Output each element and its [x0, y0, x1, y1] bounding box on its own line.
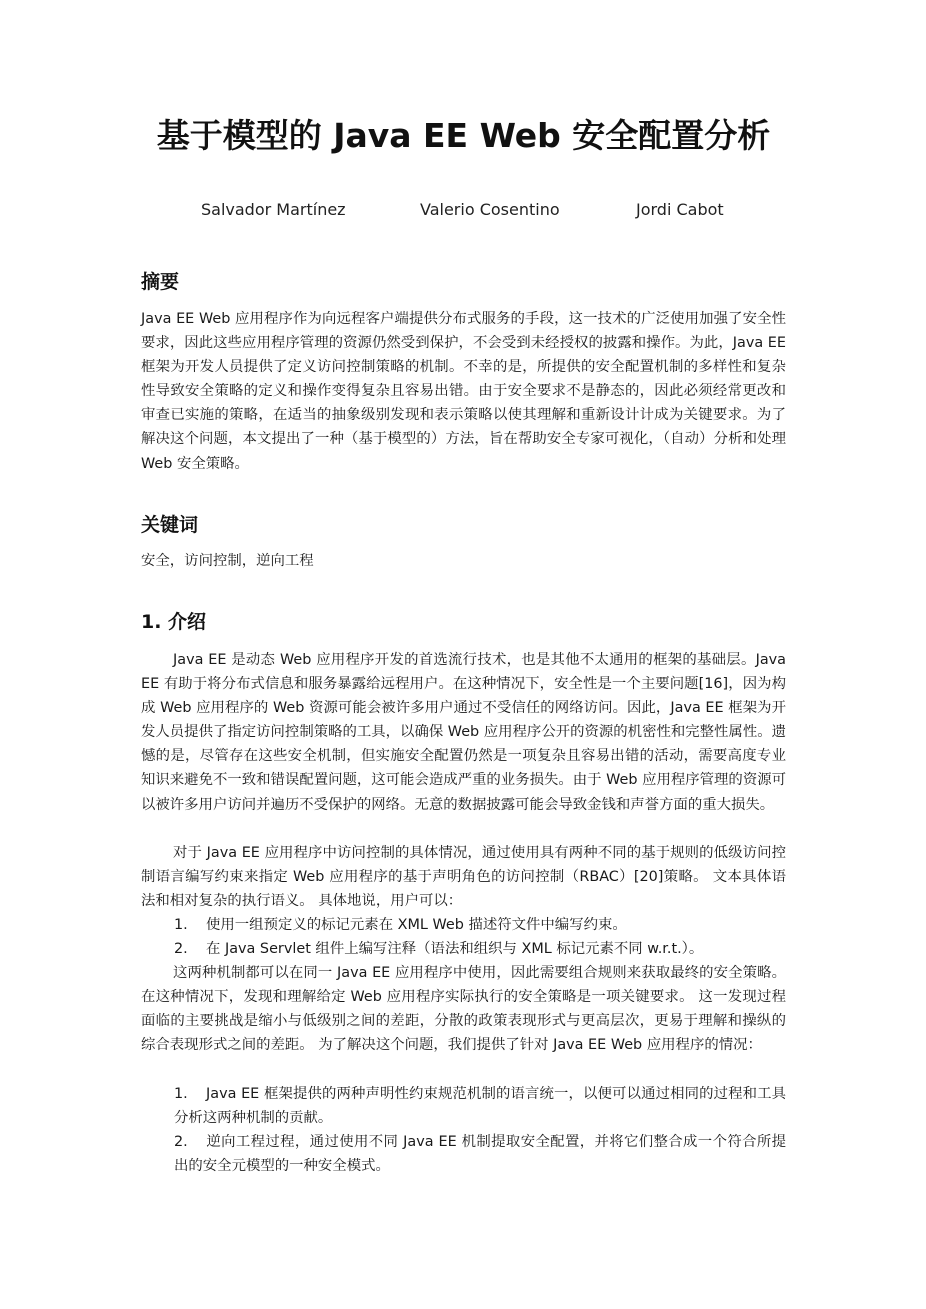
list-item: 1. 使用一组预定义的标记元素在 XML Web 描述符文件中编写约束。 — [141, 913, 786, 937]
list-item-number: 2. — [174, 1130, 206, 1154]
list-item: 2. 在 Java Servlet 组件上编写注释（语法和组织与 XML 标记元… — [141, 937, 786, 961]
list-item-text: 在 Java Servlet 组件上编写注释（语法和组织与 XML 标记元素不同… — [206, 941, 703, 957]
author-name: Jordi Cabot — [636, 198, 724, 222]
author-list: Salvador Martínez Valerio Cosentino Jord… — [141, 198, 786, 222]
list-item-number: 2. — [174, 937, 188, 961]
keywords-text: 安全，访问控制，逆向工程 — [141, 549, 786, 573]
keywords-heading: 关键词 — [141, 511, 198, 539]
author-name: Valerio Cosentino — [420, 198, 560, 222]
list-item-number: 1. — [174, 913, 188, 937]
list-item-text: 使用一组预定义的标记元素在 XML Web 描述符文件中编写约束。 — [206, 917, 627, 933]
list-item-number: 1. — [174, 1082, 206, 1106]
abstract-heading: 摘要 — [141, 268, 179, 296]
intro-paragraph: 对于 Java EE 应用程序中访问控制的具体情况，通过使用具有两种不同的基于规… — [141, 841, 786, 913]
list-item: 2.逆向工程过程，通过使用不同 Java EE 机制提取安全配置，并将它们整合成… — [141, 1130, 786, 1178]
abstract-text: Java EE Web 应用程序作为向远程客户端提供分布式服务的手段，这一技术的… — [141, 307, 786, 476]
list-item-text: 逆向工程过程，通过使用不同 Java EE 机制提取安全配置，并将它们整合成一个… — [174, 1134, 786, 1174]
section-heading-introduction: 1. 介绍 — [141, 608, 206, 636]
paper-title: 基于模型的 Java EE Web 安全配置分析 — [141, 112, 786, 160]
author-name: Salvador Martínez — [201, 198, 346, 222]
list-item-text: Java EE 框架提供的两种声明性约束规范机制的语言统一，以便可以通过相同的过… — [174, 1086, 786, 1126]
list-item: 1.Java EE 框架提供的两种声明性约束规范机制的语言统一，以便可以通过相同… — [141, 1082, 786, 1130]
mechanism-list: 1. 使用一组预定义的标记元素在 XML Web 描述符文件中编写约束。 2. … — [141, 913, 786, 961]
intro-paragraph: Java EE 是动态 Web 应用程序开发的首选流行技术，也是其他不太通用的框… — [141, 648, 786, 817]
intro-paragraph: 这两种机制都可以在同一 Java EE 应用程序中使用，因此需要组合规则来获取最… — [141, 961, 786, 1057]
contribution-list: 1.Java EE 框架提供的两种声明性约束规范机制的语言统一，以便可以通过相同… — [141, 1082, 786, 1178]
